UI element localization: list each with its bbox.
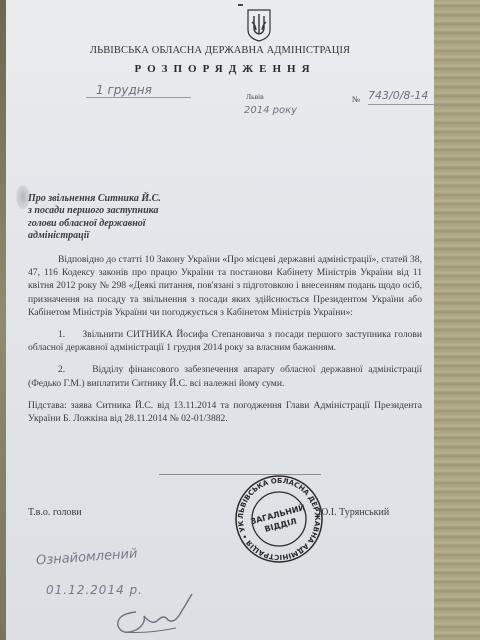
- document-type: РОЗПОРЯДЖЕННЯ: [6, 63, 434, 75]
- number-sign: №: [352, 94, 360, 104]
- item-text: Звільнити СИТНИКА Йосифа Степановича з п…: [28, 329, 422, 353]
- order-item-2: 2. Відділу фінансового забезпечення апар…: [28, 363, 422, 389]
- handwritten-year: 2014 року: [244, 105, 297, 116]
- item-number: 2.: [58, 364, 65, 375]
- city-label: Львів: [246, 92, 264, 101]
- number-underline: [368, 104, 440, 105]
- document-body: Відповідно до статті 10 Закону України «…: [28, 253, 422, 425]
- signatory-title: Т.в.о. голови: [28, 507, 82, 518]
- subject-line: адміністрації: [28, 230, 228, 242]
- subject-line: Про звільнення Ситника Й.С.: [28, 193, 228, 205]
- order-item-1: 1. Звільнити СИТНИКА Йосифа Степановича …: [28, 328, 422, 354]
- basis-paragraph: Підстава: заява Ситника Й.С. від 13.11.2…: [28, 399, 422, 425]
- coat-of-arms-icon: [246, 8, 272, 42]
- signature-icon: [106, 590, 196, 638]
- background-right-edge: [432, 0, 480, 640]
- handwritten-acknowledgement: Ознайомлений: [36, 546, 138, 568]
- item-text: Відділу фінансового забезпечення апарату…: [28, 364, 422, 388]
- item-number: 1.: [58, 329, 65, 340]
- handwritten-number: 743/0/8-14: [368, 89, 428, 102]
- date-underline: [86, 97, 191, 98]
- handwritten-date: 1 грудня: [96, 83, 152, 97]
- signatory-name: Ю.І. Турянський: [318, 507, 389, 518]
- subject-line: голови обласної державної: [28, 218, 228, 230]
- subject-block: Про звільнення Ситника Й.С. з посади пер…: [28, 193, 228, 243]
- subject-line: з посади першого заступника: [28, 205, 228, 217]
- document-page: ЛЬВІВСЬКА ОБЛАСНА ДЕРЖАВНА АДМІНІСТРАЦІЯ…: [6, 0, 434, 640]
- organization-name: ЛЬВІВСЬКА ОБЛАСНА ДЕРЖАВНА АДМІНІСТРАЦІЯ: [6, 45, 434, 56]
- official-seal-icon: ЛЬВІВСЬКА ОБЛАСНА ДЕРЖАВНА АДМІНІСТРАЦІЯ…: [233, 473, 325, 565]
- top-mark: [238, 4, 243, 6]
- preamble: Відповідно до статті 10 Закону України «…: [28, 253, 422, 319]
